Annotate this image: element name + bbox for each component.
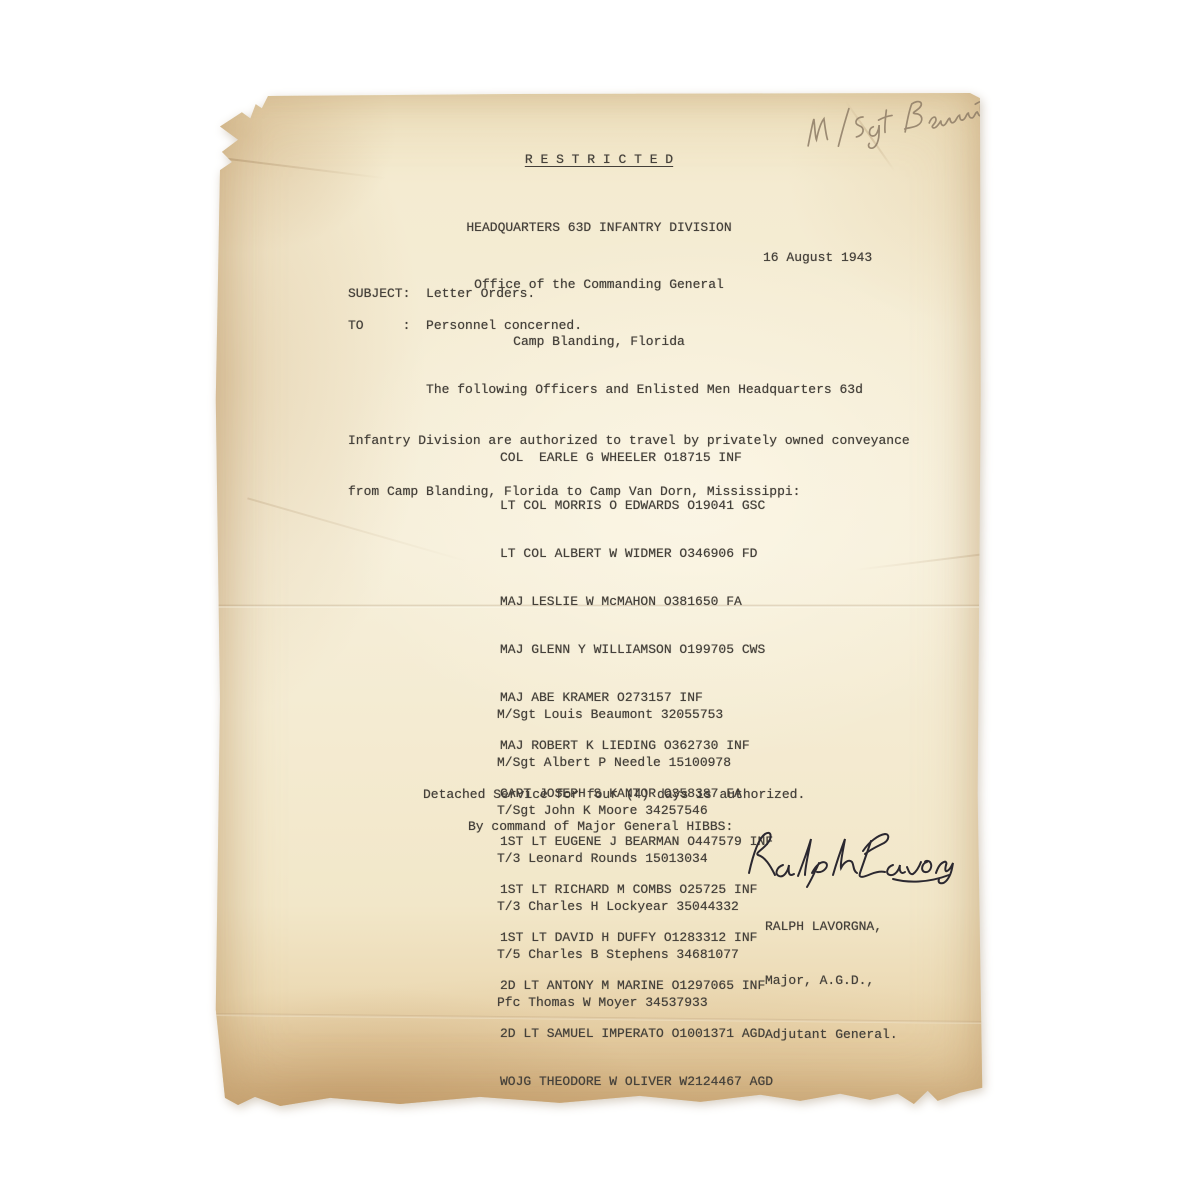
officer-entry: COL EARLE G WHEELER O18715 INF xyxy=(500,450,773,466)
enlisted-entry: Pfc Thomas W Moyer 34537933 xyxy=(497,995,739,1011)
enlisted-entry: T/3 Charles H Lockyear 35044332 xyxy=(497,899,739,915)
detached-service-line: Detached Service for four (4) days is au… xyxy=(423,787,805,803)
signature-title-line: Adjutant General. xyxy=(765,1026,898,1044)
paper-sheet-wrapper: M/Sgt Beaumont R E S T R I C T E D HEADQ… xyxy=(215,93,983,1108)
paper-sheet: M/Sgt Beaumont R E S T R I C T E D HEADQ… xyxy=(215,93,983,1108)
enlisted-entry: T/Sgt John K Moore 34257546 xyxy=(497,803,739,819)
office-line: Office of the Commanding General xyxy=(215,275,983,294)
enlisted-entry: M/Sgt Louis Beaumont 32055753 xyxy=(497,707,739,723)
enlisted-entry: T/3 Leonard Rounds 15013034 xyxy=(497,851,739,867)
to-line: TO : Personnel concerned. xyxy=(348,318,582,334)
officer-entry: WOJG LLOYD H HICKS JR W2124471 AGD xyxy=(500,1122,773,1138)
scanned-document-page: M/Sgt Beaumont R E S T R I C T E D HEADQ… xyxy=(0,0,1200,1200)
signature-rank-line: Major, A.G.D., xyxy=(765,972,898,990)
officer-entry: MAJ LESLIE W McMAHON O381650 FA xyxy=(500,594,773,610)
body-line: The following Officers and Enlisted Men … xyxy=(348,381,910,398)
headquarters-line: HEADQUARTERS 63D INFANTRY DIVISION xyxy=(215,218,983,237)
signature-block: RALPH LAVORGNA, Major, A.G.D., Adjutant … xyxy=(765,882,898,1080)
enlisted-list: M/Sgt Louis Beaumont 32055753 M/Sgt Albe… xyxy=(497,675,739,1043)
officer-entry: LT COL ALBERT W WIDMER O346906 FD xyxy=(500,546,773,562)
classification-banner: R E S T R I C T E D xyxy=(215,152,983,168)
signature-handwriting: Ralph Lavorgna xyxy=(743,827,955,889)
officer-entry: WOJG THEODORE W OLIVER W2124467 AGD xyxy=(500,1074,773,1090)
subject-line: SUBJECT: Letter Orders. xyxy=(348,286,535,302)
pencil-note-handwriting: M/Sgt Beaumont xyxy=(795,83,996,162)
officer-entry: MAJ GLENN Y WILLIAMSON O199705 CWS xyxy=(500,642,773,658)
right-crease xyxy=(855,553,984,571)
command-line: By command of Major General HIBBS: xyxy=(468,819,733,835)
officer-entry: LT COL MORRIS O EDWARDS O19041 GSC xyxy=(500,498,773,514)
enlisted-entry: T/5 Charles B Stephens 34681077 xyxy=(497,947,739,963)
enlisted-entry: M/Sgt Albert P Needle 15100978 xyxy=(497,755,739,771)
date-line: 16 August 1943 xyxy=(763,250,872,266)
signature-name-line: RALPH LAVORGNA, xyxy=(765,918,898,936)
